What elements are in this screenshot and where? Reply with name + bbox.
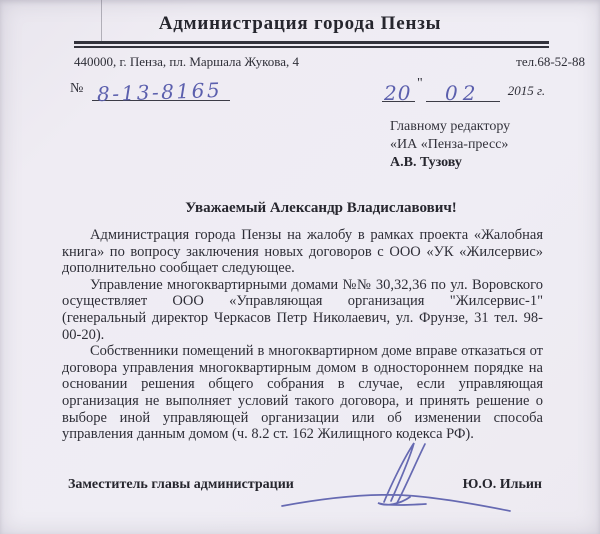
paragraph: Управление многоквартирными домами №№ 30…	[62, 277, 543, 343]
letterhead-address: 440000, г. Пенза, пл. Маршала Жукова, 4	[74, 54, 299, 70]
signature-upstroke-left	[384, 443, 414, 502]
date-day-underline: 20	[382, 77, 415, 102]
paragraph: Администрация города Пензы на жалобу в р…	[62, 227, 543, 277]
letterhead-phone: тел.68-52-88	[516, 54, 585, 70]
scanned-letter-page: Администрация города Пензы 440000, г. Пе…	[0, 0, 600, 534]
date-month-underline: 02	[426, 77, 500, 102]
date-month-handwritten: 02	[426, 81, 500, 105]
salutation: Уважаемый Александр Владиславович!	[62, 200, 542, 217]
date-year: 2015 г.	[508, 80, 545, 102]
addressee-line-org: «ИА «Пенза-пресс»	[390, 136, 510, 154]
date-day-handwritten: 20	[384, 81, 411, 105]
letterhead-org-title: Администрация города Пензы	[0, 13, 600, 35]
date-quote-mark: "	[417, 76, 423, 92]
letter-body: Администрация города Пензы на жалобу в р…	[62, 227, 543, 443]
addressee-block: Главному редактору «ИА «Пенза-пресс» А.В…	[390, 118, 510, 172]
doc-number-label: №	[70, 77, 83, 101]
addressee-line-role: Главному редактору	[390, 118, 510, 136]
doc-number-underline: 8-13-8165	[92, 76, 230, 101]
doc-number-handwritten: 8-13-8165	[96, 78, 222, 106]
doc-date-row: 20 " 02 2015 г.	[382, 76, 545, 102]
doc-number-row: № 8-13-8165	[70, 76, 230, 102]
signature-ink	[270, 433, 520, 515]
addressee-line-name: А.В. Тузову	[390, 154, 510, 172]
letterhead-contact-row: 440000, г. Пенза, пл. Маршала Жукова, 4 …	[74, 54, 585, 70]
signoff-position-title: Заместитель главы администрации	[68, 477, 294, 493]
paragraph: Собственники помещений в многоквартирном…	[62, 343, 543, 443]
letterhead-divider	[74, 41, 549, 48]
